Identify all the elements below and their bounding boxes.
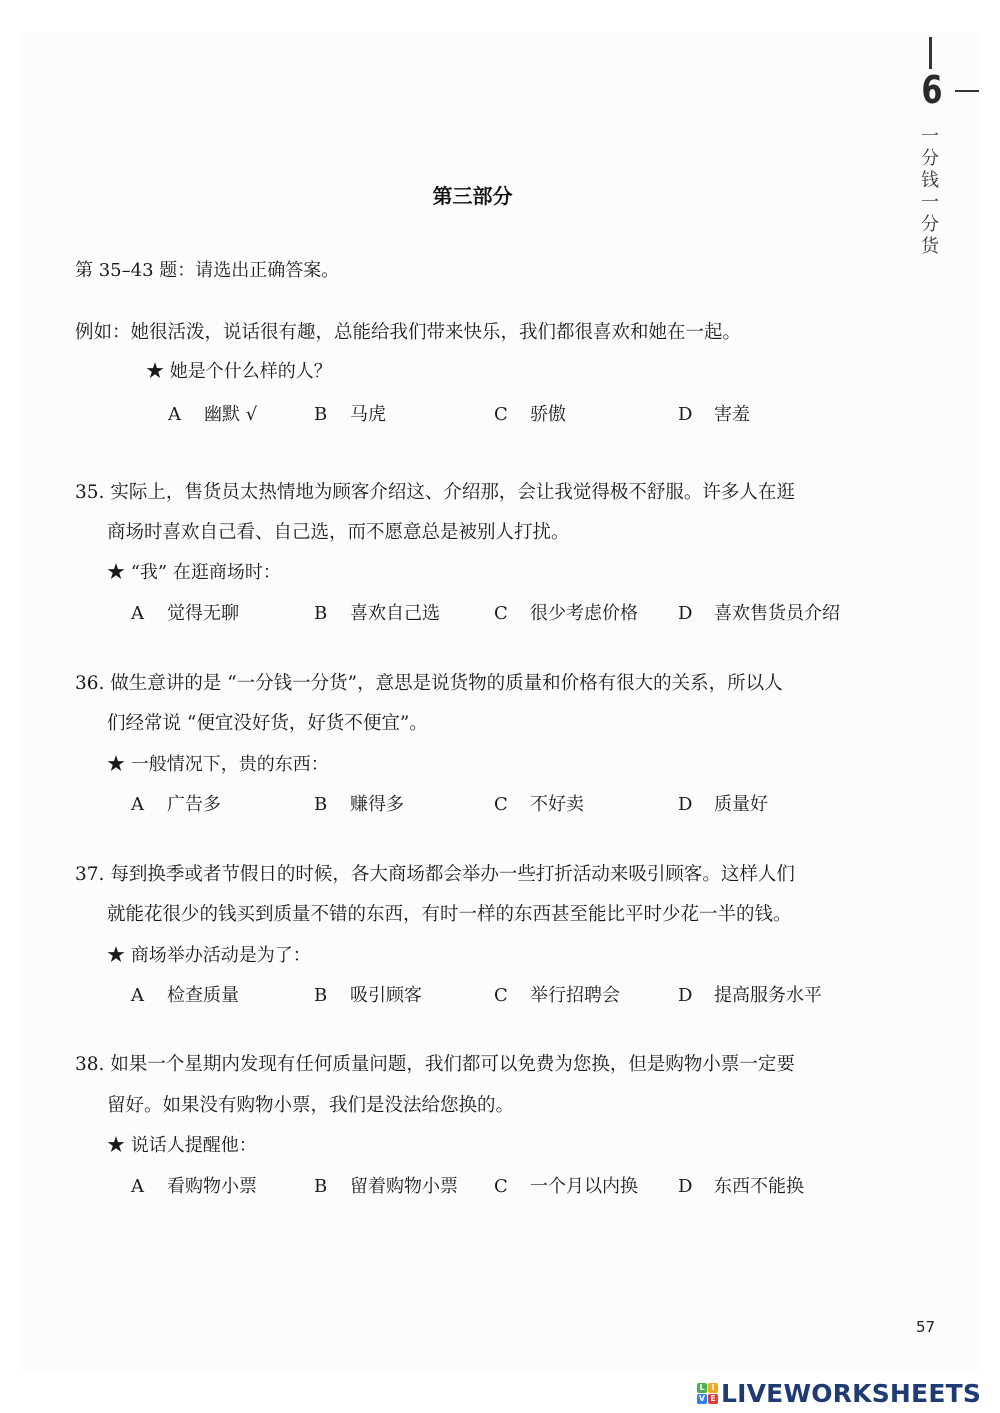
page-number: 57 (916, 1318, 935, 1336)
example-prefix: 例如： (75, 322, 131, 343)
question-36-line-2: 们经常说 “便宜没好货，好货不便宜”。 (107, 709, 428, 735)
q37-option-d[interactable]: D提高服务水平 (678, 981, 822, 1007)
q38-option-b[interactable]: B留着购物小票 (314, 1172, 458, 1198)
section-title: 第三部分 (0, 180, 945, 209)
example-option-d[interactable]: D害羞 (678, 400, 750, 426)
example-option-b[interactable]: B马虎 (314, 400, 386, 426)
question-35-line-2: 商场时喜欢自己看、自己选，而不愿意总是被别人打扰。 (107, 518, 570, 544)
q36-option-d[interactable]: D质量好 (678, 790, 768, 816)
question-38-line-1: 38. 如果一个星期内发现有任何质量问题，我们都可以免费为您换，但是购物小票一定… (75, 1050, 795, 1076)
q37-option-b[interactable]: B吸引顾客 (314, 981, 422, 1007)
q36-option-a[interactable]: A广告多 (131, 790, 221, 816)
question-35-prompt: ★ “我” 在逛商场时： (107, 558, 281, 584)
chapter-divider-line (929, 37, 932, 69)
question-37-line-1: 37. 每到换季或者节假日的时候，各大商场都会举办一些打折活动来吸引顾客。这样人… (75, 860, 795, 886)
liveworksheets-wordmark: LIVEWORKSHEETS (721, 1379, 981, 1408)
question-38-prompt: ★ 说话人提醒他： (107, 1131, 257, 1157)
example-option-c[interactable]: C骄傲 (494, 400, 566, 426)
example-option-a[interactable]: A幽默 √ (168, 400, 257, 426)
liveworksheets-logo[interactable]: L I V E LIVEWORKSHEETS (697, 1379, 981, 1407)
example-passage: 例如：她很活泼，说话很有趣，总能给我们带来快乐，我们都很喜欢和她在一起。 (75, 318, 741, 344)
q35-option-b[interactable]: B喜欢自己选 (314, 599, 440, 625)
chapter-dash (955, 90, 979, 92)
question-35-line-1: 35. 实际上，售货员太热情地为顾客介绍这、介绍那，会让我觉得极不舒服。许多人在… (75, 478, 795, 504)
q38-option-a[interactable]: A看购物小票 (131, 1172, 257, 1198)
q38-option-d[interactable]: D东西不能换 (678, 1172, 804, 1198)
question-36-line-1: 36. 做生意讲的是 “一分钱一分货”，意思是说货物的质量和价格有很大的关系，所… (75, 669, 783, 695)
question-37-prompt: ★ 商场举办活动是为了： (107, 941, 311, 967)
q37-option-a[interactable]: A检查质量 (131, 981, 239, 1007)
q38-option-c[interactable]: C一个月以内换 (494, 1172, 638, 1198)
q36-option-b[interactable]: B赚得多 (314, 790, 404, 816)
question-36-prompt: ★ 一般情况下，贵的东西： (107, 750, 329, 776)
worksheet-page (20, 32, 980, 1372)
q35-option-a[interactable]: A觉得无聊 (131, 599, 239, 625)
question-38-line-2: 留好。如果没有购物小票，我们是没法给您换的。 (107, 1091, 514, 1117)
example-question: ★ 她是个什么样的人？ (146, 357, 332, 383)
q35-option-c[interactable]: C很少考虑价格 (494, 599, 638, 625)
instructions: 第 35–43 题：请选出正确答案。 (75, 256, 339, 282)
example-text: 她很活泼，说话很有趣，总能给我们带来快乐，我们都很喜欢和她在一起。 (131, 322, 742, 343)
q35-option-d[interactable]: D喜欢售货员介绍 (678, 599, 840, 625)
liveworksheets-logo-icon: L I V E (697, 1383, 718, 1404)
q36-option-c[interactable]: C不好卖 (494, 790, 584, 816)
q37-option-c[interactable]: C举行招聘会 (494, 981, 620, 1007)
question-37-line-2: 就能花很少的钱买到质量不错的东西，有时一样的东西甚至能比平时少花一半的钱。 (107, 900, 792, 926)
chapter-number: 6 (921, 68, 943, 112)
